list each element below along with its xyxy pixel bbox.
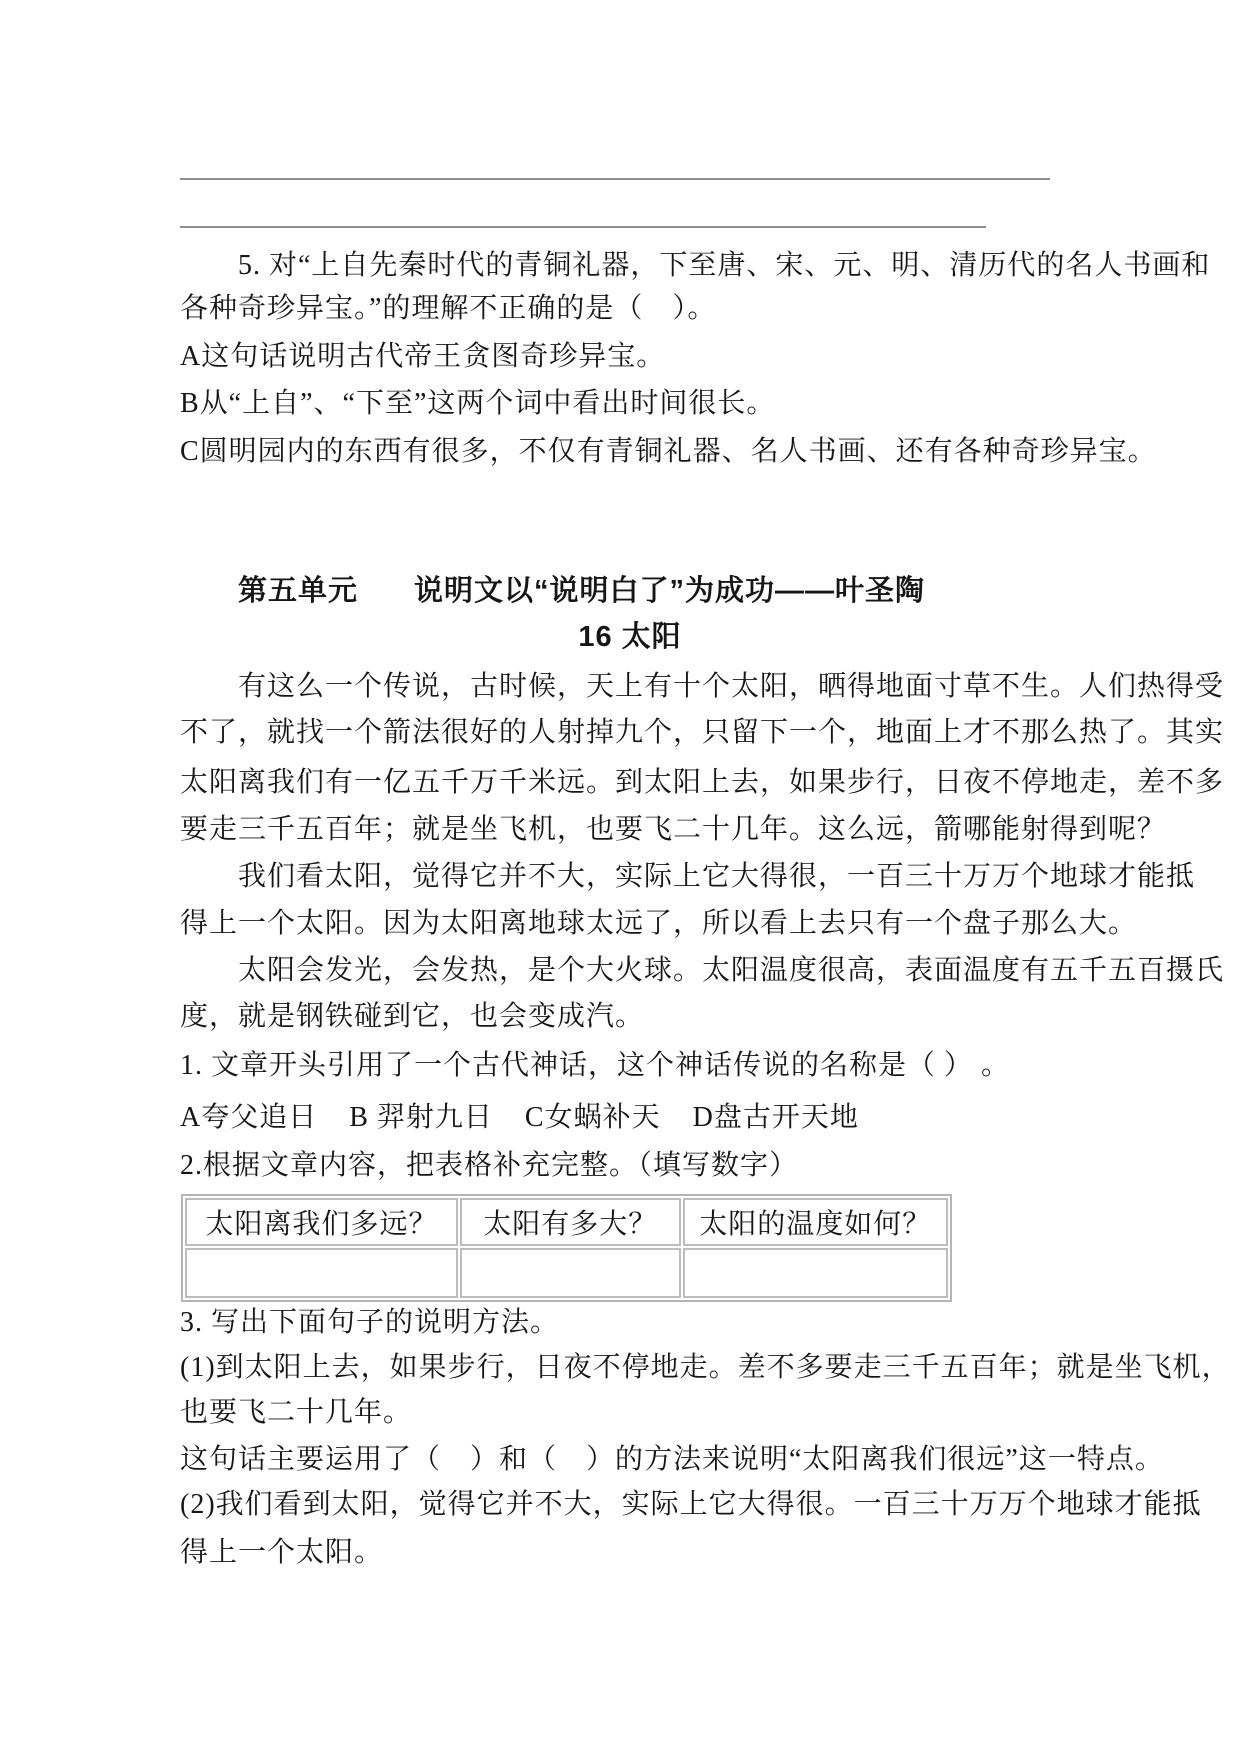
question1-stem: 1. 文章开头引用了一个古代神话，这个神话传说的名称是（ ） 。 [180, 1042, 1010, 1089]
question5-stem-line2: 各种奇珍异宝。”的理解不正确的是（ ）。 [180, 285, 716, 332]
passage-line: 太阳离我们有一亿五千万千米远。到太阳上去，如果步行，日夜不停地走，差不多 [180, 759, 1224, 806]
table-header-temperature: 太阳的温度如何？ [683, 1198, 948, 1246]
passage-line: 不了，就找一个箭法很好的人射掉九个，只留下一个，地面上才不那么热了。其实 [180, 709, 1224, 756]
passage-line: 度，就是钢铁碰到它，也会变成汽。 [180, 993, 644, 1040]
passage-line: 太阳会发光，会发热，是个大火球。太阳温度很高，表面温度有五千五百摄氏 [238, 947, 1224, 994]
passage-line: 有这么一个传说，古时候，天上有十个太阳，晒得地面寸草不生。人们热得受 [238, 663, 1224, 710]
passage-line: 我们看太阳，觉得它并不大，实际上它大得很，一百三十万万个地球才能抵 [238, 853, 1195, 900]
question3-sub1-answer-line: 这句话主要运用了（ ）和（ ）的方法来说明“太阳离我们很远”这一特点。 [180, 1436, 1164, 1483]
question3-sub1-line1: (1)到太阳上去，如果步行，日夜不停地走。差不多要走三千五百年；就是坐飞机， [180, 1344, 1231, 1391]
table-answer-cell-temperature [683, 1248, 948, 1298]
worksheet-page: 5. 对“上自先秦时代的青铜礼器，下至唐、宋、元、明、清历代的名人书画和 各种奇… [0, 0, 1241, 1754]
question1-option-a: A夸父追日 [180, 1094, 317, 1141]
answer-blank-line [180, 178, 1050, 180]
passage-line: 要走三千五百年；就是坐飞机，也要飞二十几年。这么远，箭哪能射得到呢？ [180, 806, 1166, 853]
table-header-size: 太阳有多大？ [460, 1198, 681, 1246]
question2-stem: 2.根据文章内容，把表格补充完整。（填写数字） [180, 1142, 798, 1189]
question3-sub2-line1: (2)我们看到太阳，觉得它并不大，实际上它大得很。一百三十万万个地球才能抵 [180, 1481, 1202, 1528]
question1-option-d: D盘古开天地 [693, 1094, 859, 1141]
question3-sub2-line2: 得上一个太阳。 [180, 1529, 383, 1576]
question3-stem: 3. 写出下面句子的说明方法。 [180, 1299, 559, 1346]
unit-motto: 说明文以“说明白了”为成功——叶圣陶 [414, 575, 925, 607]
question1-option-c: C女蜗补天 [525, 1094, 661, 1141]
question1-options-row: A夸父追日 B 羿射九日 C女蜗补天 D盘古开天地 [180, 1094, 859, 1141]
question1-option-b: B 羿射九日 [349, 1094, 493, 1141]
question2-fill-table: 太阳离我们多远？ 太阳有多大？ 太阳的温度如何？ [181, 1194, 952, 1302]
lesson-title: 16 太阳 [180, 614, 1080, 661]
table-answer-row [185, 1248, 948, 1298]
question3-sub1-line2: 也要飞二十几年。 [180, 1389, 412, 1436]
question5-option-b: B从“上自”、“下至”这两个词中看出时间很长。 [180, 380, 775, 427]
table-answer-cell-distance [185, 1248, 458, 1298]
unit-label: 第五单元 [238, 575, 358, 607]
question5-option-a: A这句话说明古代帝王贪图奇珍异宝。 [180, 333, 665, 380]
question5-option-c: C圆明园内的东西有很多，不仅有青铜礼器、名人书画、还有各种奇珍异宝。 [180, 428, 1157, 475]
unit-heading: 第五单元说明文以“说明白了”为成功——叶圣陶 [238, 568, 925, 615]
table-header-row: 太阳离我们多远？ 太阳有多大？ 太阳的温度如何？ [185, 1198, 948, 1246]
answer-blank-line [180, 226, 986, 228]
question5-stem-line1: 5. 对“上自先秦时代的青铜礼器，下至唐、宋、元、明、清历代的名人书画和 [238, 242, 1210, 289]
table-header-distance: 太阳离我们多远？ [185, 1198, 458, 1246]
passage-line: 得上一个太阳。因为太阳离地球太远了，所以看上去只有一个盘子那么大。 [180, 900, 1137, 947]
table-answer-cell-size [460, 1248, 681, 1298]
